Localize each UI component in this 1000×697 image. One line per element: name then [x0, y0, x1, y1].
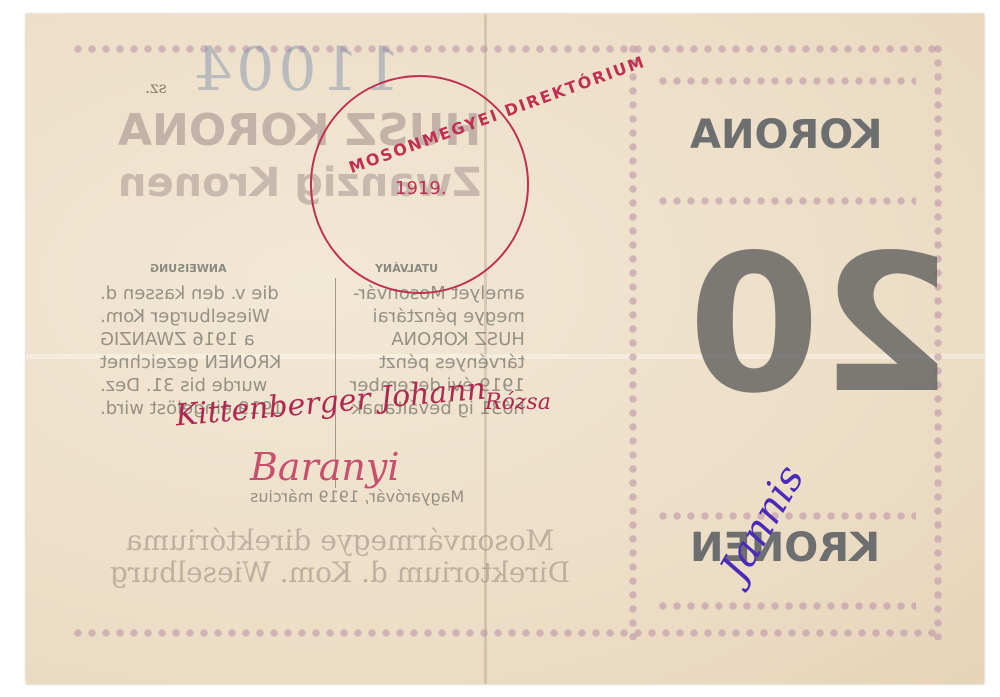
- stamp-year: 1919.: [395, 178, 447, 199]
- signature-red-3: Baranyi: [250, 445, 400, 489]
- kronen-box-bottom: [656, 599, 916, 613]
- border-divider: [626, 42, 640, 640]
- korona-box-bottom: [656, 194, 916, 208]
- korona-label: KORONA: [690, 112, 882, 158]
- footer-text: Mosonvármegye direktóriuma Direktorium d…: [100, 525, 580, 589]
- border-bottom: [71, 626, 941, 640]
- denomination: 20: [688, 230, 952, 420]
- signature-red-2: Rózsa: [485, 390, 551, 415]
- korona-box-top: [656, 74, 916, 88]
- serial-prefix: sz.: [145, 78, 167, 97]
- left-column-heading: ANWEISUNG: [150, 262, 227, 275]
